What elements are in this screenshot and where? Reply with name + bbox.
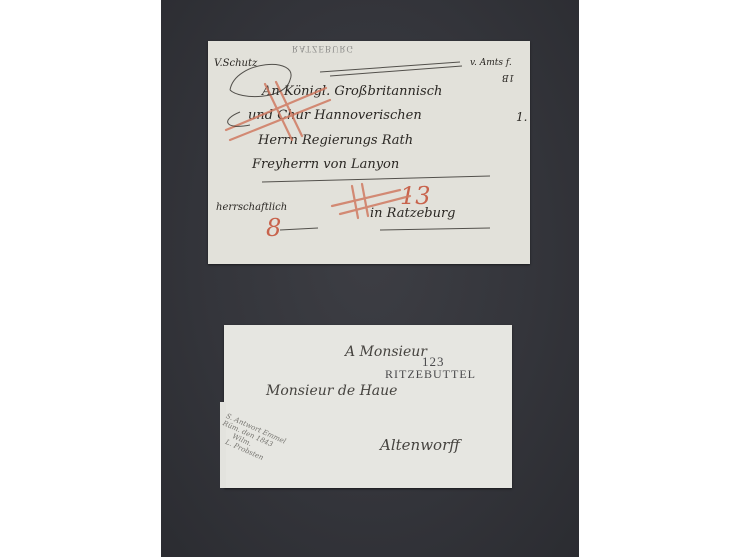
destination-altenworff: Altenworff bbox=[380, 436, 460, 454]
address-a-monsieur: A Monsieur bbox=[345, 344, 427, 360]
address-monsieur-de-haue: Monsieur de Haue bbox=[266, 383, 397, 399]
postmark-ritzebuttel: RITZEBUTTEL bbox=[385, 367, 476, 382]
